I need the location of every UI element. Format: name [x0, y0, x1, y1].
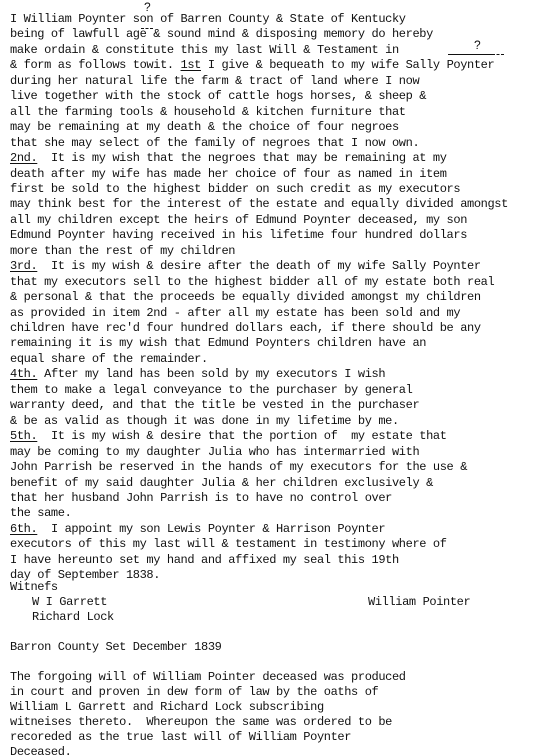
probate-line-6: Deceased.	[10, 745, 71, 756]
item-1st-label: 1st	[181, 58, 201, 72]
witness-heading: Witnefs	[10, 580, 58, 594]
line-rest: I give & bequeath to my wife Sally Poynt…	[201, 58, 494, 72]
will-line-12: first be sold to the highest bidder on s…	[10, 182, 460, 196]
will-line-22: remaining it is my wish that Edmund Poyn…	[10, 336, 426, 350]
will-line-10: 2nd. It is my wish that the negroes that…	[10, 151, 447, 165]
will-line-21: children have rec'd four hundred dollars…	[10, 321, 481, 335]
probate-line-2: in court and proven in dew form of law b…	[10, 685, 378, 699]
will-line-11: death after my wife has made her choice …	[10, 167, 447, 181]
will-line-24: 4th. After my land has been sold by my e…	[10, 367, 385, 381]
will-line-32: that her husband John Parrish is to have…	[10, 491, 392, 505]
probate-line-3: William L Garrett and Richard Lock subsc…	[10, 700, 324, 714]
item-3rd-label: 3rd.	[10, 259, 37, 273]
will-line-14: all my children except the heirs of Edmu…	[10, 213, 467, 227]
will-line-3: make ordain & constitute this my last Wi…	[10, 43, 399, 57]
will-line-9: that she may select of the family of neg…	[10, 136, 419, 150]
will-line-30: John Parrish be reserved in the hands of…	[10, 460, 467, 474]
will-line-27: & be as valid as though it was done in m…	[10, 414, 399, 428]
will-line-4: & form as follows towit. 1st I give & be…	[10, 58, 494, 72]
will-line-2: being of lawfull age & sound mind & disp…	[10, 27, 433, 41]
will-line-23: equal share of the remainder.	[10, 352, 208, 366]
will-line-7: all the farming tools & household & kitc…	[10, 105, 406, 119]
will-line-33: the same.	[10, 506, 71, 520]
will-line-5: during her natural life the farm & tract…	[10, 74, 419, 88]
item-6th-label: 6th.	[10, 522, 37, 536]
line-rest: It is my wish that the negroes that may …	[37, 151, 446, 165]
will-line-31: benefit of my said daughter Julia & her …	[10, 476, 433, 490]
will-line-26: warranty deed, and that the title be ves…	[10, 398, 419, 412]
will-line-17: 3rd. It is my wish & desire after the de…	[10, 259, 481, 273]
blank-line	[448, 54, 492, 55]
line-rest: I appoint my son Lewis Poynter & Harriso…	[37, 522, 385, 536]
will-line-34: 6th. I appoint my son Lewis Poynter & Ha…	[10, 522, 385, 536]
will-line-18: that my executors sell to the highest bi…	[10, 275, 494, 289]
query-mark-blank: ?	[474, 39, 481, 51]
line-rest: It is my wish & desire that the portion …	[37, 429, 446, 443]
will-line-13: may think best for the interest of the e…	[10, 197, 508, 211]
line-rest: It is my wish & desire after the death o…	[37, 259, 480, 273]
will-line-36: I have hereunto set my hand and affixed …	[10, 553, 399, 567]
will-line-8: may be remaining at my death & the choic…	[10, 120, 399, 134]
item-4th-label: 4th.	[10, 367, 37, 381]
will-line-20: as provided in item 2nd - after all my e…	[10, 306, 460, 320]
will-line-6: live together with the stock of cattle h…	[10, 89, 426, 103]
will-line-35: executors of this my last will & testame…	[10, 537, 447, 551]
probate-line-1: The forgoing will of William Pointer dec…	[10, 670, 406, 684]
blank-line-tail	[492, 54, 504, 55]
will-line-16: more than the rest of my children	[10, 244, 235, 258]
line-prefix: & form as follows towit.	[10, 58, 181, 72]
witness-2: Richard Lock	[32, 610, 114, 624]
will-line-25: them to make a legal conveyance to the p…	[10, 383, 412, 397]
will-line-28: 5th. It is my wish & desire that the por…	[10, 429, 447, 443]
probate-line-5: recoreded as the true last will of Willi…	[10, 730, 351, 744]
will-line-19: & personal & that the proceeds be equall…	[10, 290, 481, 304]
line-rest: After my land has been sold by my execut…	[37, 367, 385, 381]
item-5th-label: 5th.	[10, 429, 37, 443]
will-line-29: may be coming to my daughter Julia who h…	[10, 445, 419, 459]
witness-1: W I Garrett	[32, 595, 107, 609]
probate-line-4: witneises thereto. Whereupon the same wa…	[10, 715, 392, 729]
court-heading: Barron County Set December 1839	[10, 640, 221, 654]
will-line-15: Edmund Poynter having received in his li…	[10, 228, 467, 242]
will-line-1: I William Poynter son of Barren County &…	[10, 12, 406, 26]
testator-signature: William Pointer	[368, 595, 470, 609]
item-2nd-label: 2nd.	[10, 151, 37, 165]
will-document: ? I William Poynter son of Barren County…	[0, 0, 556, 756]
